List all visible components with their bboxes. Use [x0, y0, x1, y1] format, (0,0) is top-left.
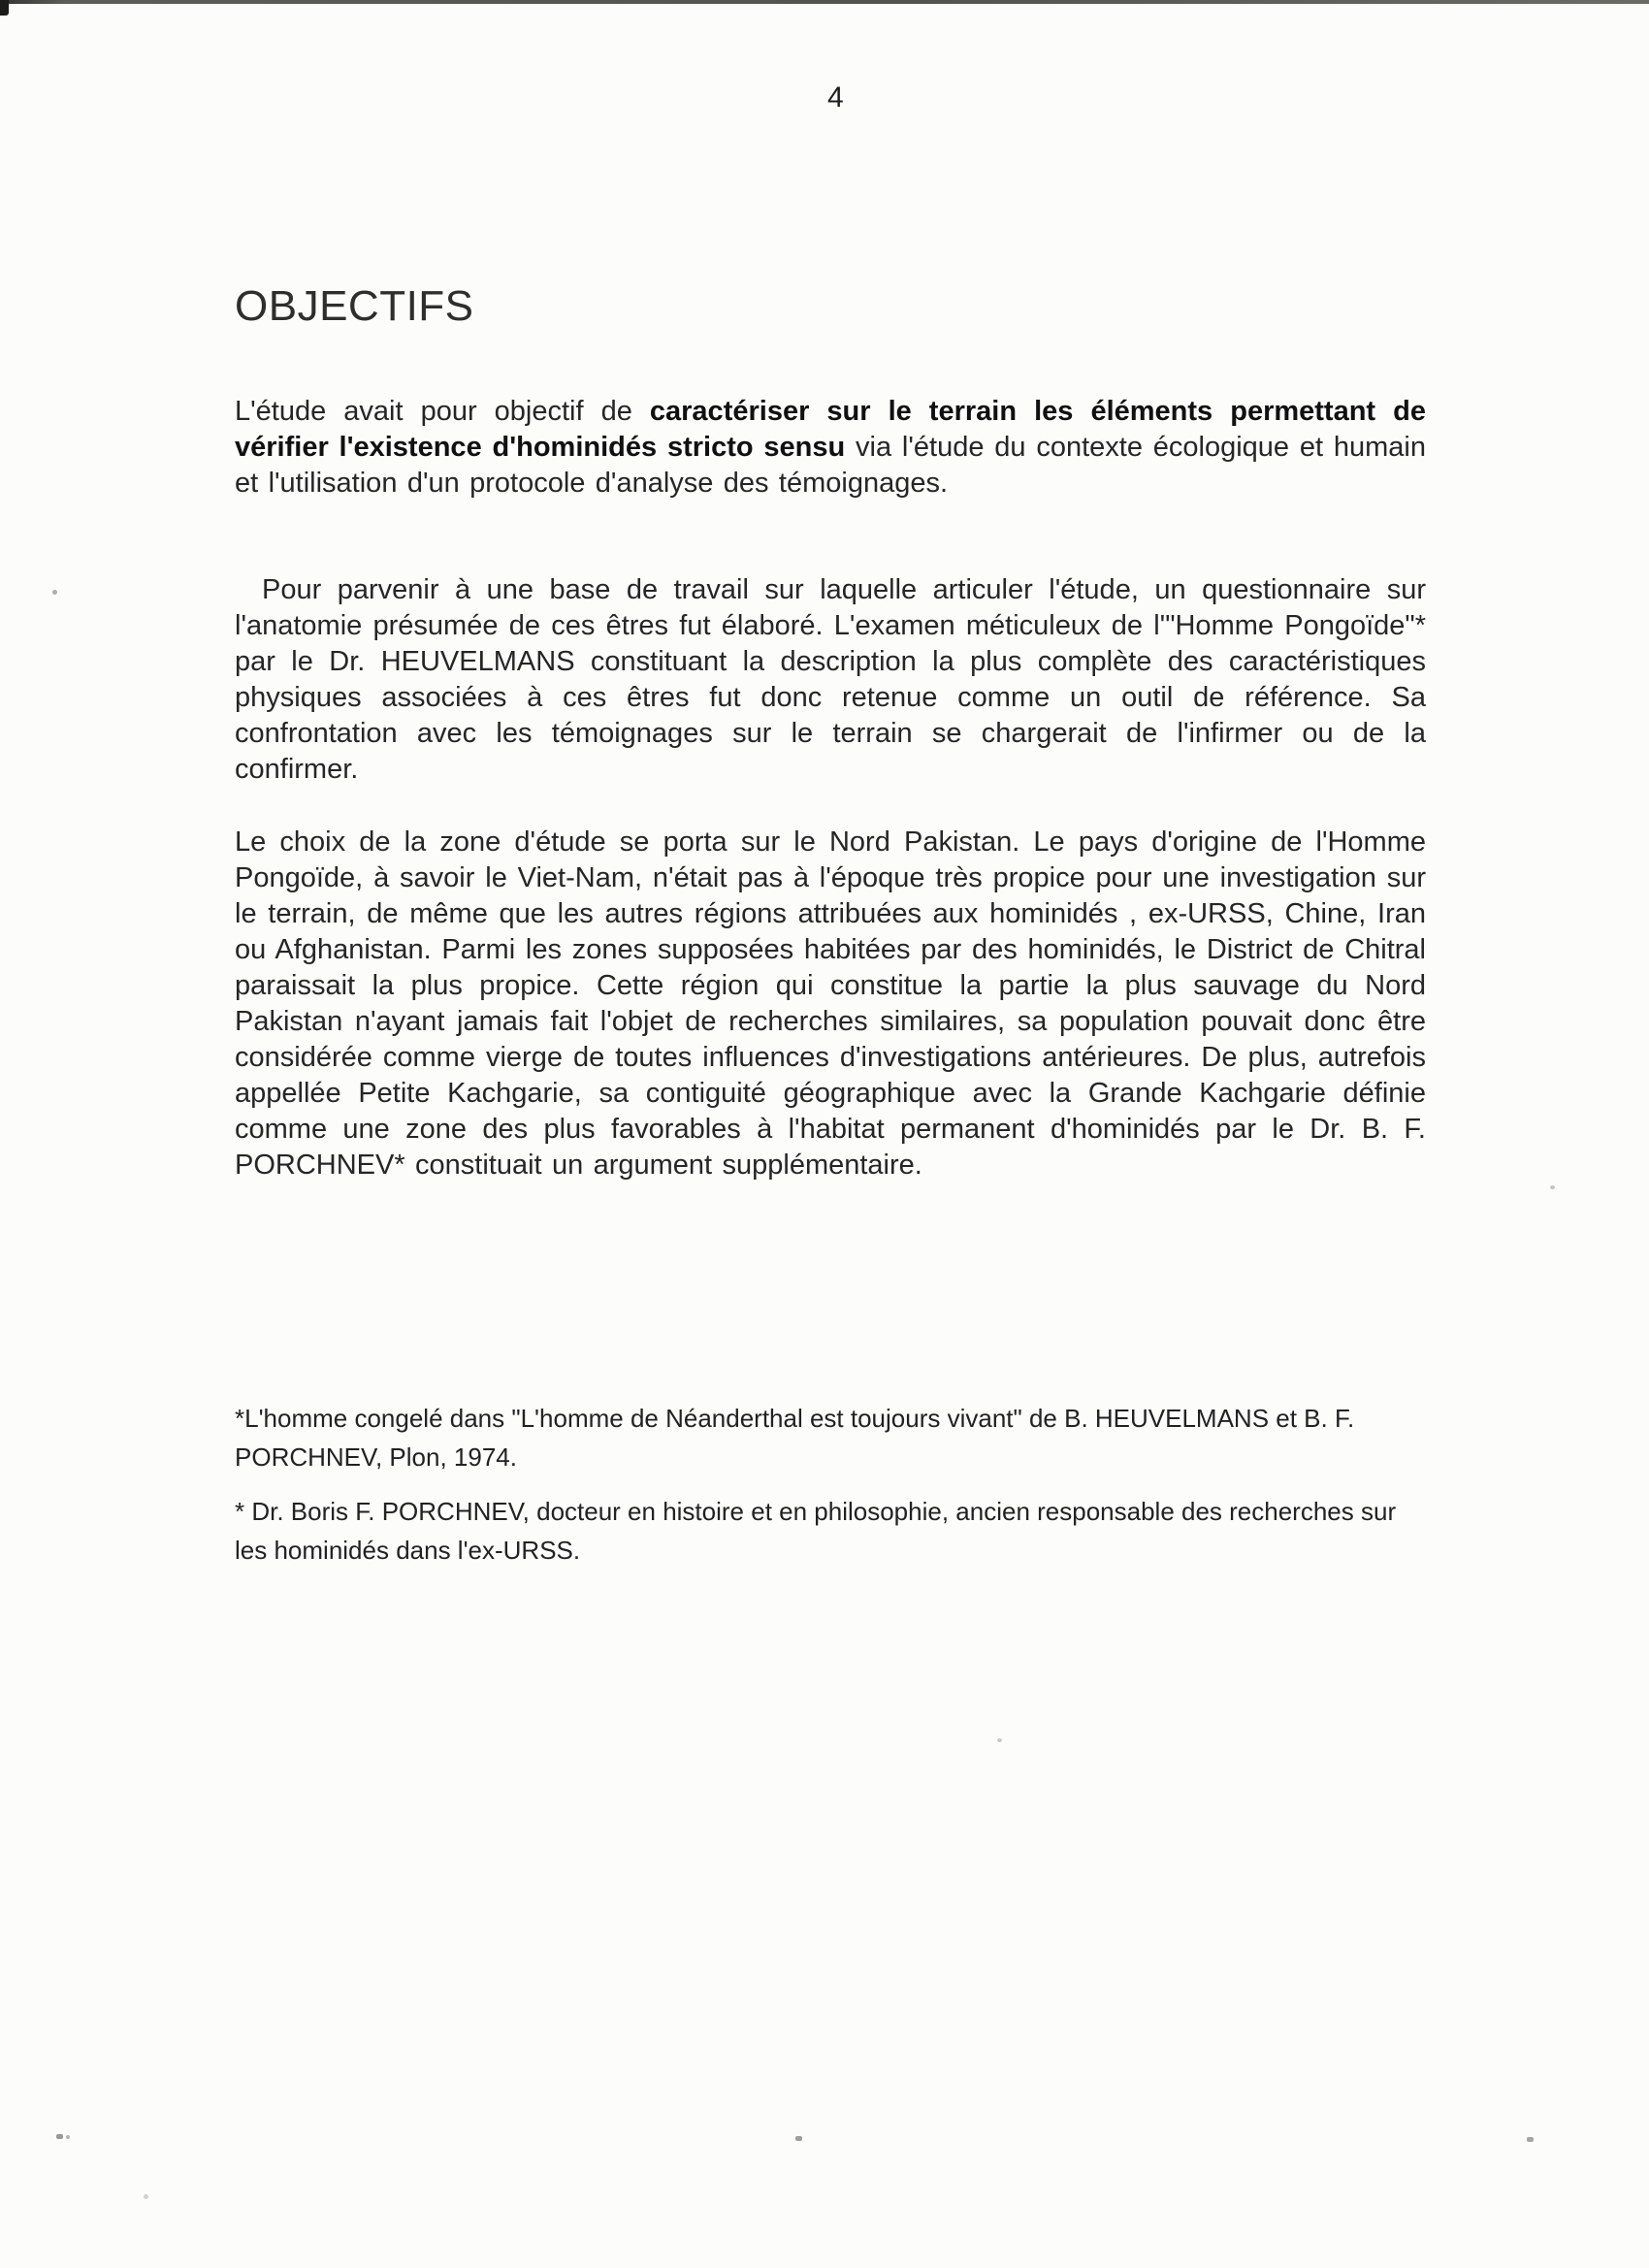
- scan-corner-artifact: [0, 0, 9, 16]
- scan-speck: [795, 2136, 802, 2141]
- footnote-porchnev-biography: * Dr. Boris F. PORCHNEV, docteur en hist…: [235, 1492, 1430, 1570]
- scan-speck: [56, 2134, 63, 2139]
- scan-speck: [997, 1738, 1002, 1742]
- paragraph-objective-lead: L'étude avait pour objectif de: [235, 396, 650, 427]
- section-heading: OBJECTIFS: [235, 283, 474, 330]
- paragraph-objective: L'étude avait pour objectif de caractéri…: [235, 394, 1426, 502]
- paragraph-study-zone: Le choix de la zone d'étude se porta sur…: [235, 825, 1426, 1183]
- scan-speck: [1527, 2137, 1534, 2142]
- document-page: 4 OBJECTIFS L'étude avait pour objectif …: [0, 0, 1649, 2268]
- scan-top-edge-artifact: [0, 0, 1649, 4]
- scan-speck: [52, 590, 57, 595]
- paragraph-method: Pour parvenir à une base de travail sur …: [235, 572, 1426, 788]
- page-number: 4: [827, 81, 844, 114]
- scan-speck: [1550, 1185, 1555, 1189]
- scan-speck: [66, 2135, 70, 2139]
- footnote-heuvelmans-reference: *L'homme congelé dans "L'homme de Néande…: [235, 1399, 1430, 1476]
- scan-speck: [144, 2194, 148, 2199]
